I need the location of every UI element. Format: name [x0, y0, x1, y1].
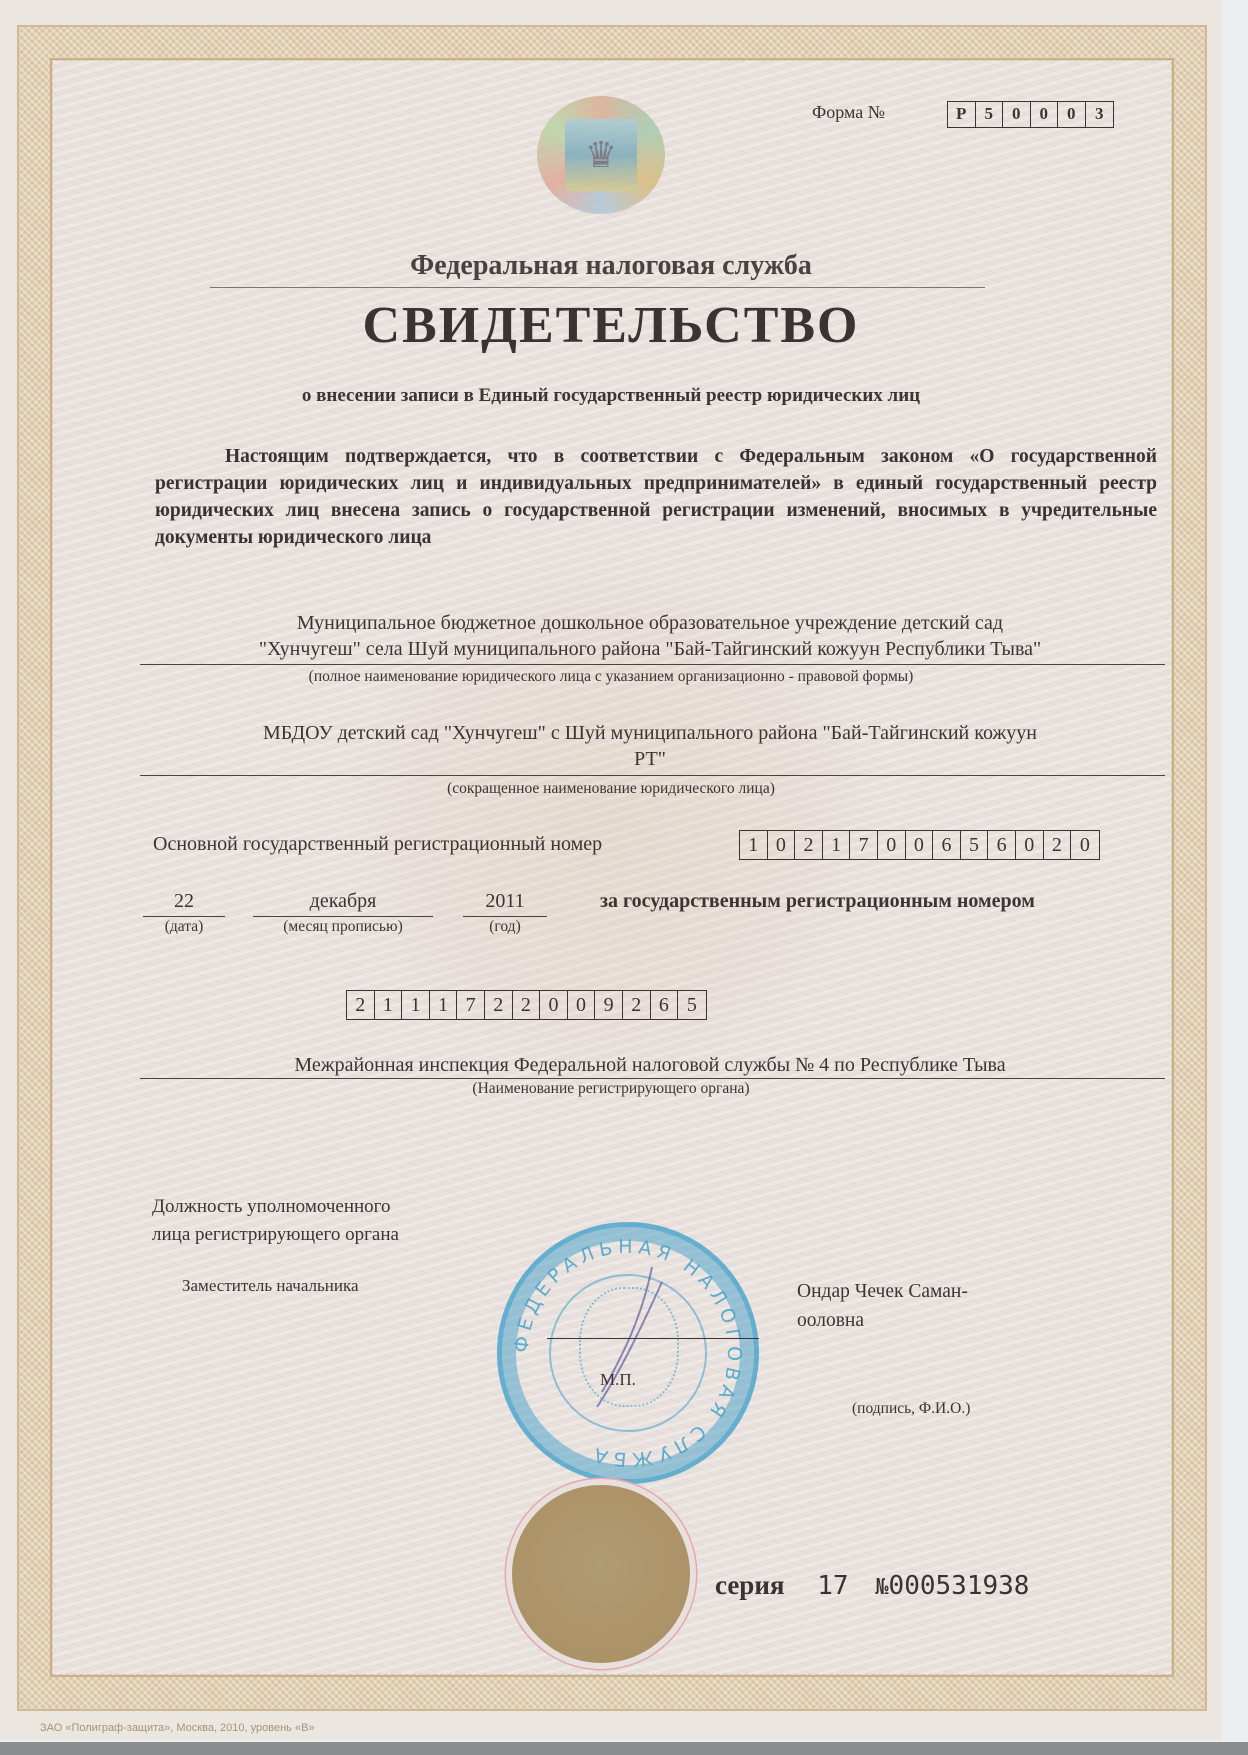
short-name-rule — [140, 775, 1165, 776]
grn-label: за государственным регистрационным номер… — [600, 890, 1035, 913]
grn-digit: 2 — [623, 991, 651, 1019]
full-name-line-2: "Хунчугеш" села Шуй муниципального район… — [140, 636, 1160, 662]
ogrn-digit: 5 — [961, 831, 989, 859]
grn-digit: 0 — [568, 991, 596, 1019]
confirmation-text: Настоящим подтверждается, что в соответс… — [155, 446, 1157, 548]
scanner-edge — [0, 1742, 1248, 1755]
signer-name-line-2: ооловна — [797, 1306, 968, 1335]
grn-digit: 0 — [540, 991, 568, 1019]
printer-imprint: ЗАО «Полиграф-защита», Москва, 2010, уро… — [40, 1722, 315, 1734]
ogrn-digit: 0 — [1071, 831, 1099, 859]
ogrn-digit: 0 — [1016, 831, 1044, 859]
date-month: декабря — [253, 890, 433, 913]
grn-digit: 6 — [651, 991, 679, 1019]
grn-digit: 1 — [402, 991, 430, 1019]
ogrn-digit: 1 — [740, 831, 768, 859]
series-label: серия — [715, 1570, 784, 1600]
ogrn-digit: 2 — [795, 831, 823, 859]
agency-divider — [210, 287, 985, 288]
number-sign: № — [875, 1575, 888, 1600]
position-label-line-2: лица регистрирующего органа — [152, 1221, 399, 1249]
grn-digit: 2 — [485, 991, 513, 1019]
full-name-caption: (полное наименование юридического лица с… — [0, 668, 1222, 686]
short-name-caption: (сокращенное наименование юридического л… — [0, 780, 1222, 798]
ogrn-boxes: 1021700656020 — [739, 830, 1100, 860]
signer-position: Заместитель начальника — [182, 1276, 359, 1296]
full-name-line-1: Муниципальное бюджетное дошкольное образ… — [140, 610, 1160, 636]
series-value: 17 — [817, 1571, 848, 1601]
double-headed-eagle-icon: ♛ — [565, 119, 637, 191]
seal-place-label: М.П. — [600, 1370, 636, 1390]
date-day: 22 — [143, 890, 225, 913]
date-year-caption: (год) — [463, 918, 547, 936]
grn-digit: 5 — [678, 991, 706, 1019]
grn-digit: 2 — [513, 991, 541, 1019]
grn-digit: 1 — [430, 991, 458, 1019]
form-code-digit: 3 — [1086, 102, 1114, 127]
date-month-caption: (месяц прописью) — [253, 918, 433, 936]
confirmation-paragraph: Настоящим подтверждается, что в соответс… — [155, 443, 1157, 551]
number-value: 000531938 — [889, 1571, 1030, 1601]
form-code-digit: 0 — [1031, 102, 1059, 127]
gold-seal-icon — [512, 1485, 690, 1663]
ogrn-digit: 1 — [823, 831, 851, 859]
authority-caption: (Наименование регистрирующего органа) — [0, 1080, 1222, 1098]
certificate-subtitle: о внесении записи в Единый государственн… — [0, 385, 1222, 407]
form-code-digit: 0 — [1003, 102, 1031, 127]
grn-digit: 2 — [347, 991, 375, 1019]
agency-name: Федеральная налоговая служба — [0, 250, 1222, 282]
form-code-digit: 0 — [1058, 102, 1086, 127]
ogrn-digit: 0 — [768, 831, 796, 859]
ogrn-digit: 6 — [988, 831, 1016, 859]
ogrn-digit: 2 — [1044, 831, 1072, 859]
authority-rule — [140, 1078, 1165, 1079]
certificate-title: СВИДЕТЕЛЬСТВО — [0, 296, 1222, 355]
document-sheet: ♛ Форма № Р50003 Федеральная налоговая с… — [0, 0, 1222, 1740]
grn-boxes: 2111722009265 — [346, 990, 707, 1020]
hologram-emblem-icon: ♛ — [537, 96, 665, 214]
date-day-caption: (дата) — [143, 918, 225, 936]
short-name-line-1: МБДОУ детский сад "Хунчугеш" с Шуй муниц… — [140, 720, 1160, 746]
date-year: 2011 — [463, 890, 547, 913]
form-code-digit: 5 — [976, 102, 1004, 127]
grn-digit: 9 — [595, 991, 623, 1019]
signature-caption: (подпись, Ф.И.О.) — [852, 1400, 970, 1418]
authority-name: Межрайонная инспекция Федеральной налого… — [140, 1052, 1160, 1078]
signer-name: Ондар Чечек Саман- ооловна — [797, 1277, 968, 1335]
signer-name-line-1: Ондар Чечек Саман- — [797, 1277, 968, 1306]
serial-number: серия 17 №000531938 — [715, 1570, 1029, 1601]
short-name-line-2: РТ" — [140, 746, 1160, 772]
form-code-digit: Р — [948, 102, 976, 127]
position-label: Должность уполномоченного лица регистрир… — [152, 1193, 399, 1249]
form-code-boxes: Р50003 — [947, 101, 1114, 128]
ogrn-digit: 6 — [933, 831, 961, 859]
date-day-rule — [143, 916, 225, 917]
date-year-rule — [463, 916, 547, 917]
ogrn-digit: 0 — [878, 831, 906, 859]
official-stamp: ФЕДЕРАЛЬНАЯ НАЛОГОВАЯ СЛУЖБА — [497, 1222, 759, 1484]
form-label: Форма № — [812, 102, 885, 123]
date-month-rule — [253, 916, 433, 917]
ogrn-label: Основной государственный регистрационный… — [153, 833, 602, 856]
grn-digit: 1 — [375, 991, 403, 1019]
ogrn-digit: 0 — [906, 831, 934, 859]
grn-digit: 7 — [457, 991, 485, 1019]
signature-line — [547, 1338, 759, 1339]
full-name-rule — [140, 664, 1165, 665]
ogrn-digit: 7 — [850, 831, 878, 859]
position-label-line-1: Должность уполномоченного — [152, 1193, 399, 1221]
